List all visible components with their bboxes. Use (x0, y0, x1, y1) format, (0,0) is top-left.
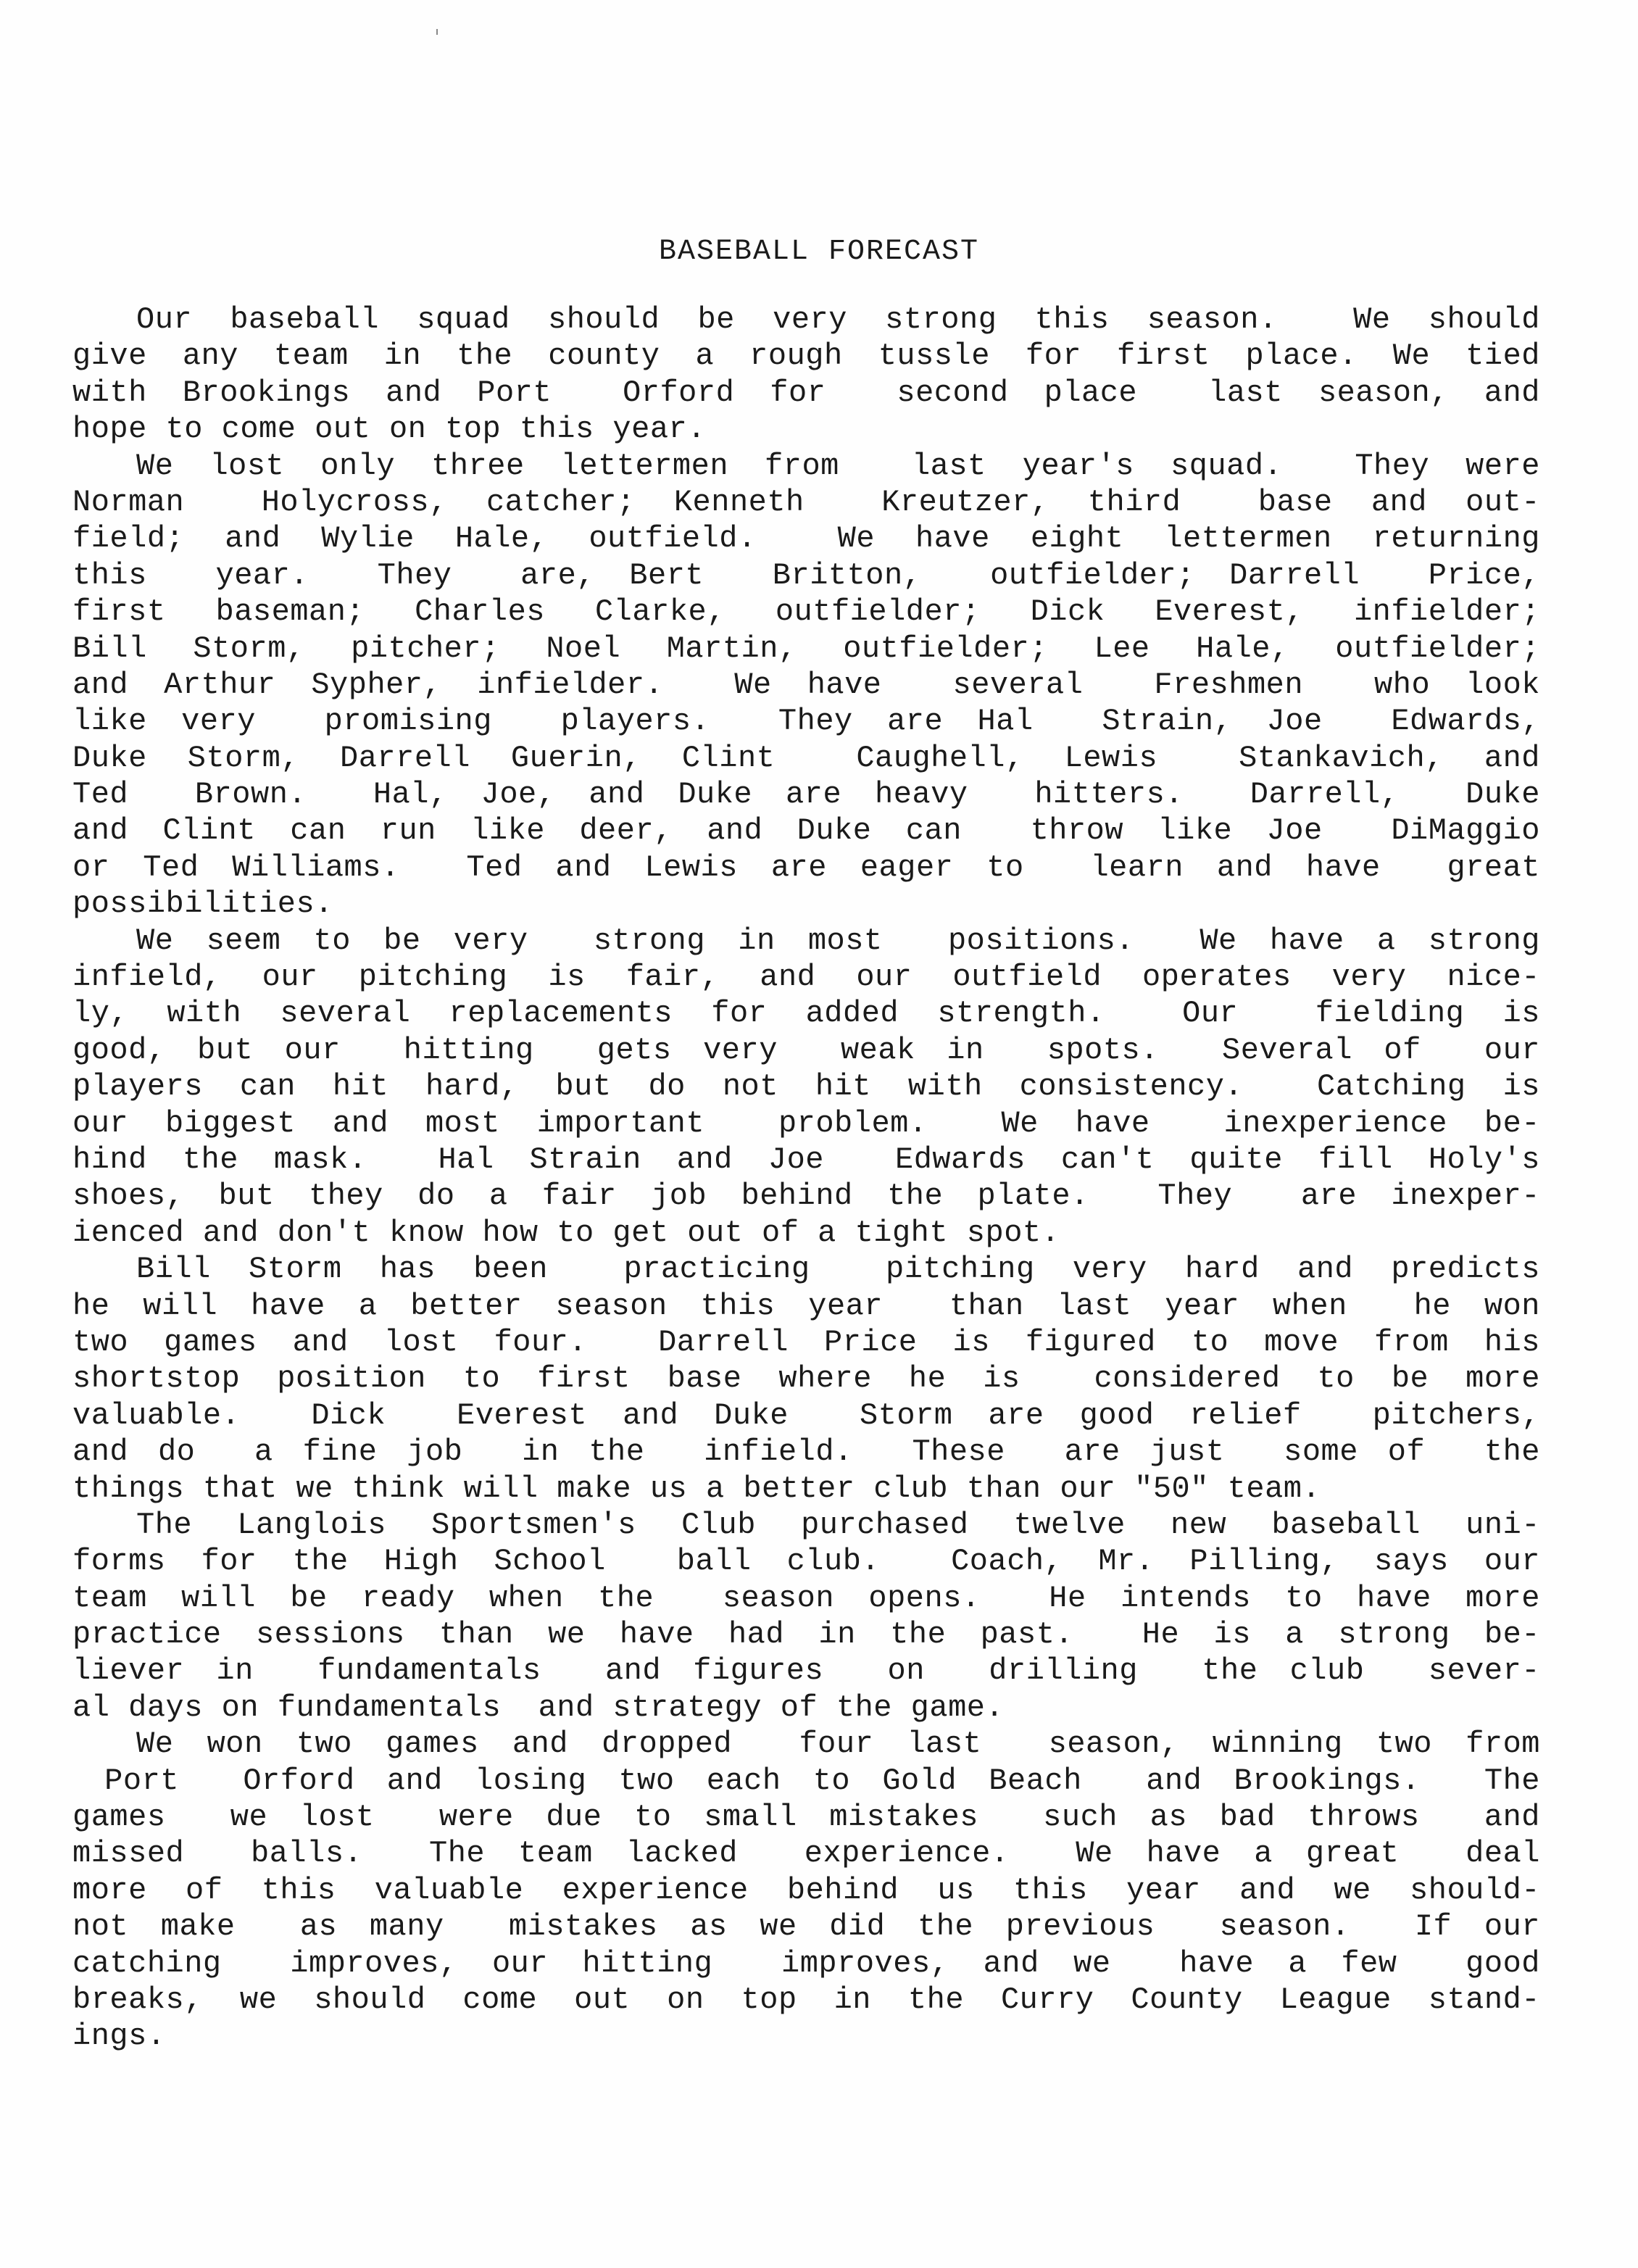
text-line: Duke Storm, Darrell Guerin, Clint Caughe… (72, 740, 1540, 776)
document-title: BASEBALL FORECAST (0, 230, 1638, 274)
text-line: like very promising players. They are Ha… (72, 703, 1540, 739)
text-line: and Clint can run like deer, and Duke ca… (72, 813, 1540, 849)
text-line: Port Orford and losing two each to Gold … (72, 1763, 1540, 1799)
text-line: Bill Storm has been practicing pitching … (72, 1251, 1540, 1287)
text-line: players can hit hard, but do not hit wit… (72, 1068, 1540, 1105)
text-line: breaks, we should come out on top in the… (72, 1982, 1540, 2018)
text-line: We lost only three lettermen from last y… (72, 448, 1540, 484)
paragraph: The Langlois Sportsmen's Club purchased … (72, 1507, 1540, 1726)
text-line: possibilities. (72, 886, 1540, 922)
text-line: hope to come out on top this year. (72, 411, 1540, 447)
document-page: BASEBALL FORECAST Our baseball squad sho… (0, 0, 1638, 2268)
text-line: our biggest and most important problem. … (72, 1105, 1540, 1142)
text-line: with Brookings and Port Orford for secon… (72, 375, 1540, 411)
document-body: Our baseball squad should be very strong… (72, 302, 1540, 2055)
text-line: al days on fundamentals and strategy of … (72, 1690, 1540, 1726)
text-line: liever in fundamentals and figures on dr… (72, 1653, 1540, 1689)
text-line: hind the mask. Hal Strain and Joe Edward… (72, 1142, 1540, 1178)
paragraph: We lost only three lettermen from last y… (72, 448, 1540, 923)
text-line: he will have a better season this year t… (72, 1288, 1540, 1324)
paragraph: Our baseball squad should be very strong… (72, 302, 1540, 448)
text-line: or Ted Williams. Ted and Lewis are eager… (72, 850, 1540, 886)
text-line: ly, with several replacements for added … (72, 995, 1540, 1031)
text-line: things that we think will make us a bett… (72, 1471, 1540, 1507)
text-line: infield, our pitching is fair, and our o… (72, 959, 1540, 995)
text-line: and do a fine job in the infield. These … (72, 1434, 1540, 1470)
text-line: We seem to be very strong in most positi… (72, 923, 1540, 959)
text-line: practice sessions than we have had in th… (72, 1616, 1540, 1653)
text-line: Our baseball squad should be very strong… (72, 302, 1540, 338)
text-line: Bill Storm, pitcher; Noel Martin, outfie… (72, 631, 1540, 667)
text-line: We won two games and dropped four last s… (72, 1726, 1540, 1762)
text-line: Norman Holycross, catcher; Kenneth Kreut… (72, 484, 1540, 520)
paragraph: We seem to be very strong in most positi… (72, 923, 1540, 1252)
text-line: The Langlois Sportsmen's Club purchased … (72, 1507, 1540, 1543)
stray-mark (436, 29, 438, 35)
paragraph: We won two games and dropped four last s… (72, 1726, 1540, 2055)
text-line: valuable. Dick Everest and Duke Storm ar… (72, 1397, 1540, 1434)
text-line: catching improves, our hitting improves,… (72, 1945, 1540, 1982)
text-line: Ted Brown. Hal, Joe, and Duke are heavy … (72, 776, 1540, 813)
text-line: good, but our hitting gets very weak in … (72, 1032, 1540, 1068)
text-line: ienced and don't know how to get out of … (72, 1215, 1540, 1251)
text-line: games we lost were due to small mistakes… (72, 1799, 1540, 1835)
text-line: first baseman; Charles Clarke, outfielde… (72, 594, 1540, 630)
text-line: this year. They are, Bert Britton, outfi… (72, 557, 1540, 594)
text-line: give any team in the county a rough tuss… (72, 338, 1540, 374)
text-line: two games and lost four. Darrell Price i… (72, 1324, 1540, 1361)
text-line: shortstop position to first base where h… (72, 1361, 1540, 1397)
text-line: team will be ready when the season opens… (72, 1580, 1540, 1616)
text-line: more of this valuable experience behind … (72, 1872, 1540, 1908)
text-line: not make as many mistakes as we did the … (72, 1908, 1540, 1945)
text-line: shoes, but they do a fair job behind the… (72, 1178, 1540, 1214)
text-line: ings. (72, 2018, 1540, 2054)
text-line: field; and Wylie Hale, outfield. We have… (72, 520, 1540, 557)
text-line: missed balls. The team lacked experience… (72, 1835, 1540, 1872)
text-line: forms for the High School ball club. Coa… (72, 1543, 1540, 1579)
text-line: and Arthur Sypher, infielder. We have se… (72, 667, 1540, 703)
paragraph: Bill Storm has been practicing pitching … (72, 1251, 1540, 1507)
